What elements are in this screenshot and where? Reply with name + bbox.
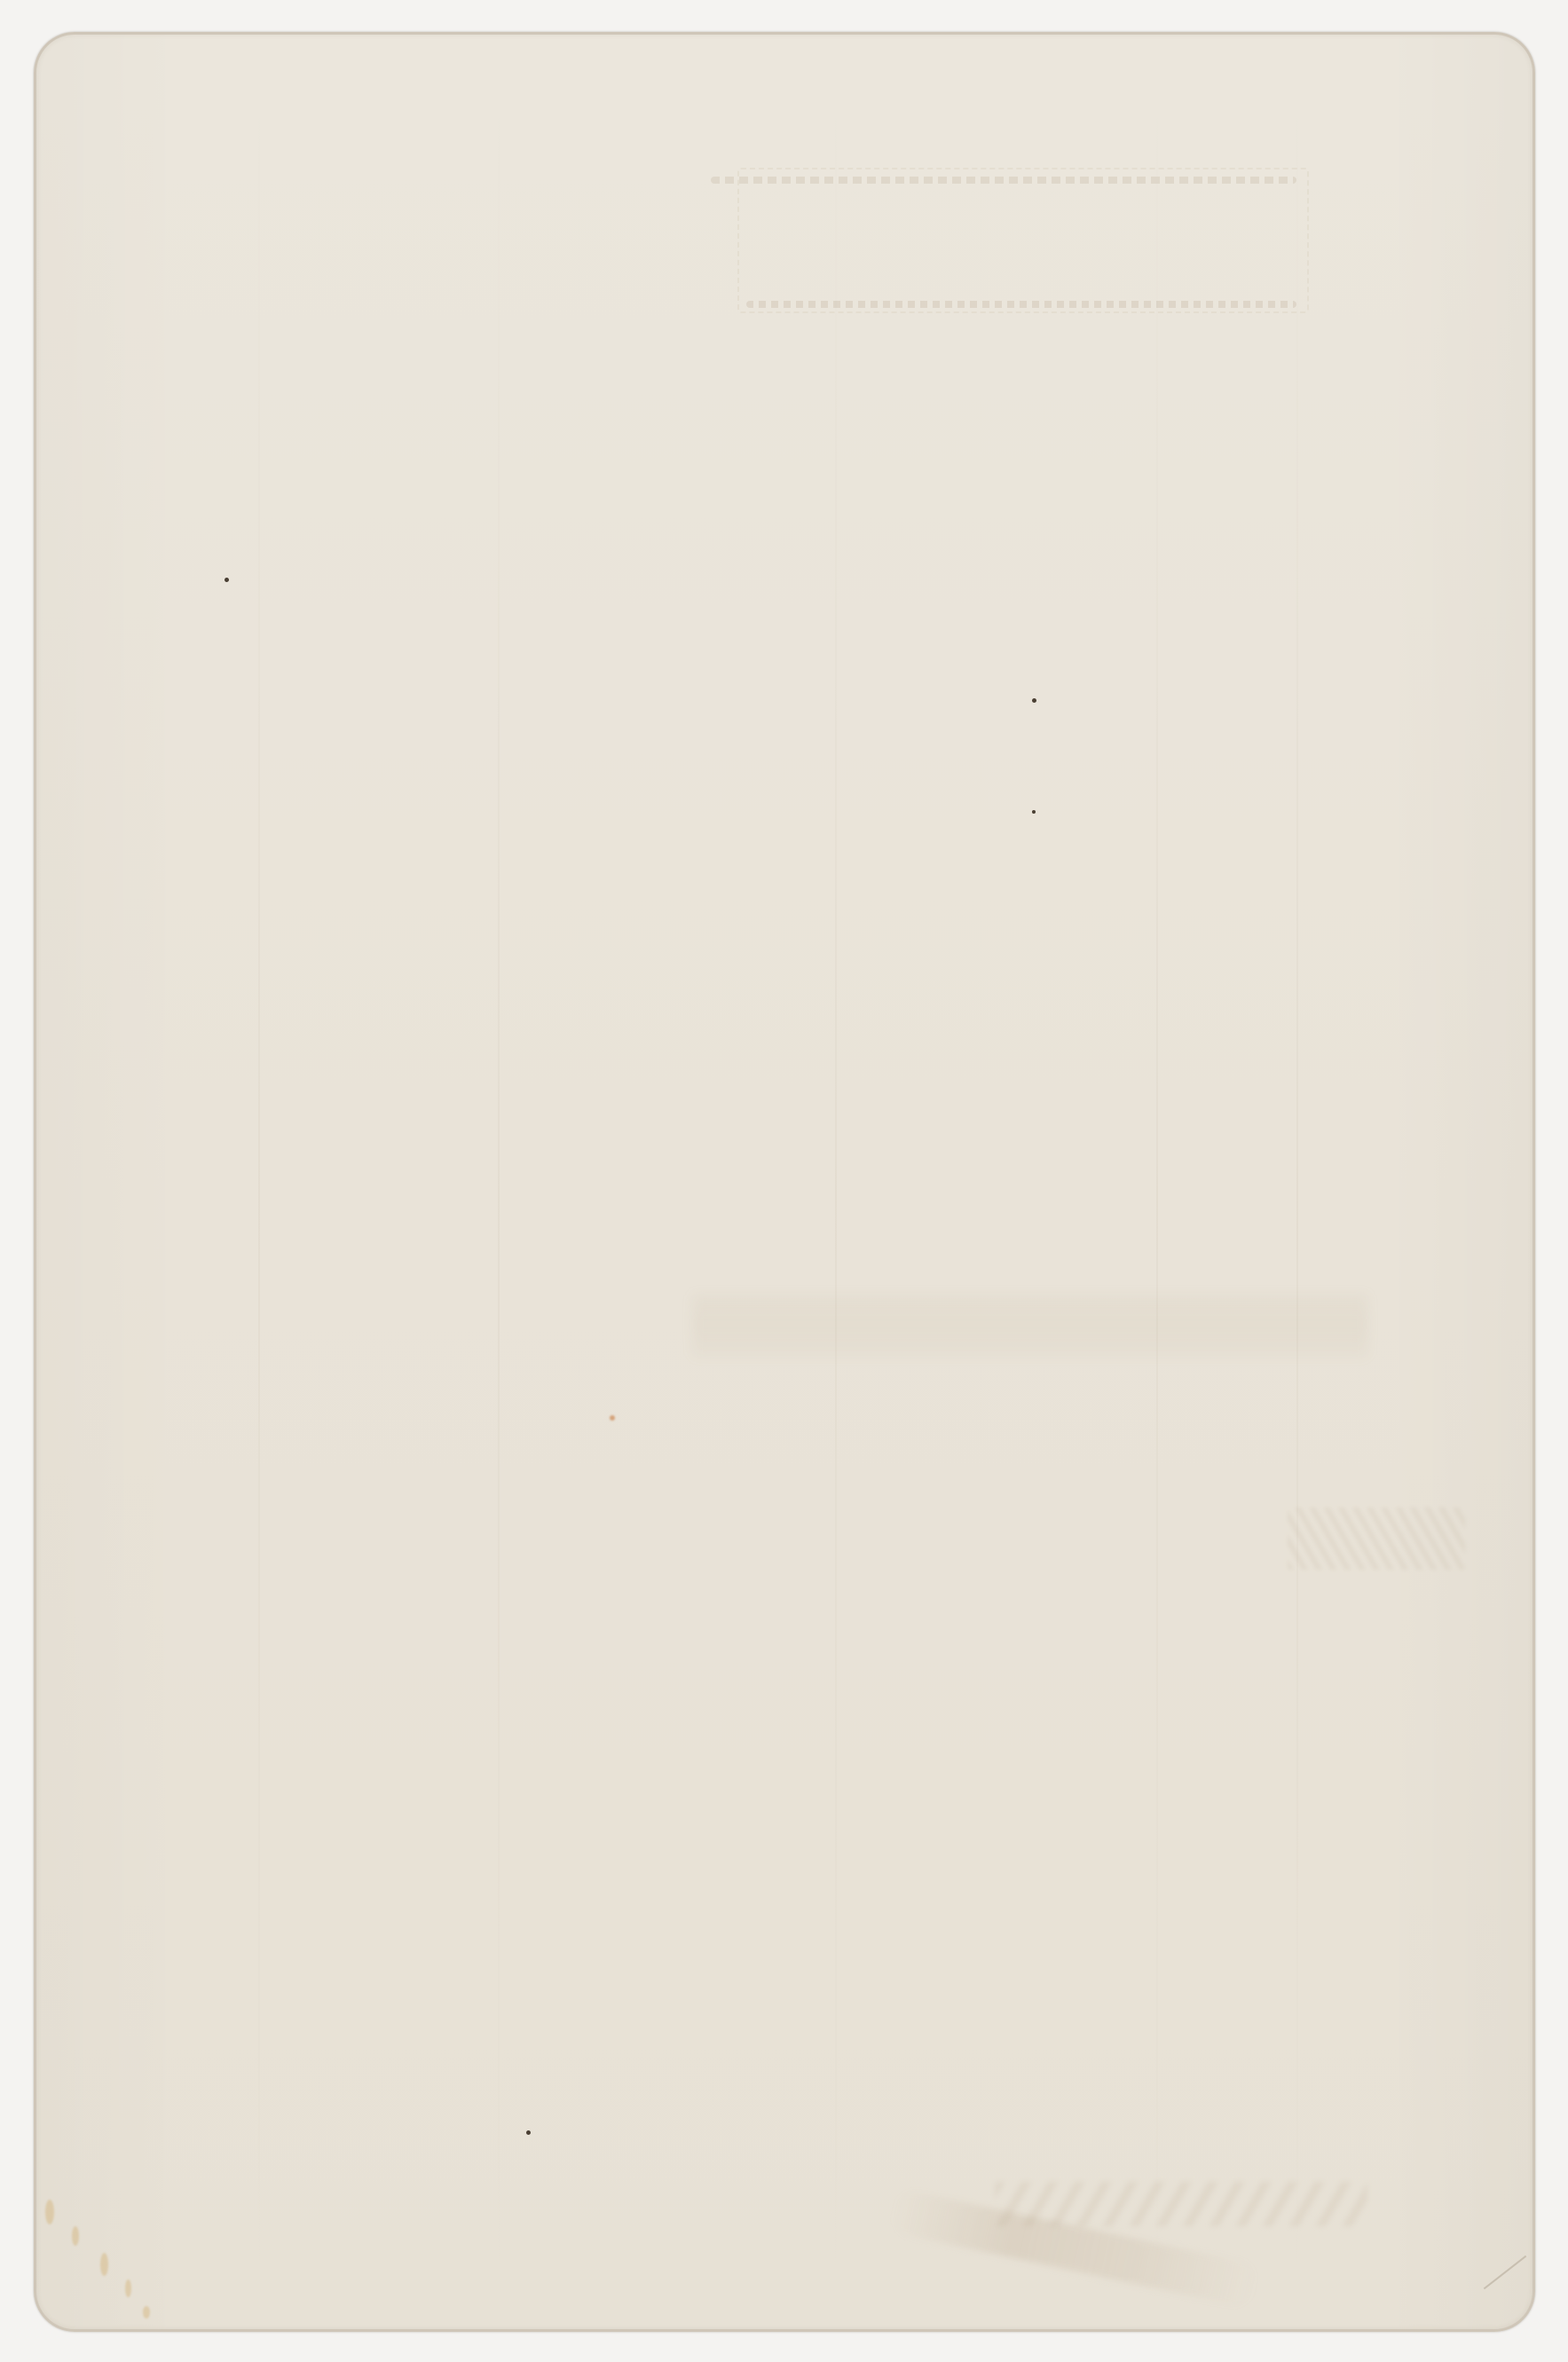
faint-signature-marks xyxy=(995,2182,1367,2226)
paper-speck xyxy=(1032,698,1036,703)
paper-speck xyxy=(1032,810,1036,814)
paper-streak xyxy=(498,88,500,2306)
paper-streak xyxy=(1296,88,1298,2306)
faint-imprint-scribble xyxy=(1288,1508,1465,1570)
faint-imprint-line-top xyxy=(711,177,1296,184)
faint-imprint-frame xyxy=(737,168,1309,313)
paper-streak xyxy=(835,88,837,2306)
foxing-stain xyxy=(72,2226,79,2246)
foxing-stain xyxy=(125,2279,131,2297)
rust-spot xyxy=(610,1415,615,1421)
faint-signature-stroke xyxy=(887,2188,1261,2309)
paper-speck xyxy=(225,578,229,582)
foxing-stain xyxy=(100,2253,108,2276)
paper-streak xyxy=(1156,88,1158,2306)
paper-streak xyxy=(258,88,260,2306)
foxing-stain xyxy=(45,2200,54,2224)
paper-speck xyxy=(526,2130,531,2135)
foxing-stain xyxy=(143,2306,150,2319)
cabinet-card-back xyxy=(34,32,1535,2332)
faint-imprint-line-bottom xyxy=(746,301,1296,308)
faint-imprint-band xyxy=(693,1295,1367,1357)
